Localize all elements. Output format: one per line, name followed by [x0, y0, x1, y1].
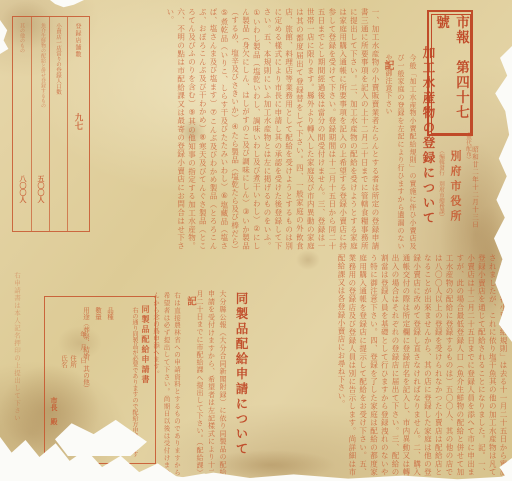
table-row1-value: 五〇〇人	[36, 175, 46, 223]
table-row2-value: 八〇〇人	[18, 175, 28, 223]
table-divider	[67, 17, 68, 231]
registration-table: 登録店舗數 九七 小賣店一店當りの登録人口數 魚介生鮮物の配給と併せ登録するもの…	[12, 16, 90, 232]
issue-date: 昭和廿二年十二月十三日	[471, 146, 480, 240]
masthead-inner-border: 市報 第四十七號	[431, 14, 471, 134]
article1-intro: 今般「加工水産物小賣配給規則」の實施に伴ひ小賣店及び一般家庭の登録を左記により行…	[393, 54, 419, 250]
form-date-line: 年 月 日	[79, 331, 88, 401]
bulletin-title: 市報 第四十七號	[431, 15, 471, 133]
form-statement: 右の通り同製品が必要でありますので配給方申請します	[122, 307, 138, 457]
article2-note: 右は直接農林省への申請資料とするものでありますから希望者は必ず提出して下さい。尚…	[157, 292, 182, 476]
article1-body-bottom: 「加工水産物小賣配給規則」は去る十一月二十五日から實施されましたが、これに依り塩…	[252, 254, 508, 476]
table-divider	[31, 17, 32, 231]
table-row1-label: 魚介生鮮物の配給と併せ登録するもの	[37, 23, 47, 151]
article1-headline: 加工水産物の登録について	[419, 46, 437, 232]
ki-label-1: 記	[380, 60, 395, 74]
table-col1-header: 登録店舗數	[73, 23, 82, 101]
form-name-label: 氏名	[60, 355, 69, 381]
article2-side-note: 右申請書は本人記名押印の上提出して下さい	[13, 272, 22, 464]
article2-intro: 大分縣公報（大分合同新聞附録）に依り同製品の配給申請を受付けますから、希望者は左…	[196, 290, 228, 476]
office-name: 別府市役所	[447, 150, 463, 238]
form-field-kind: 品種	[106, 307, 115, 347]
article1-body-top: 一、加工水産物の小賣販賣業者たらんとする者は所定の登録申請書三通に所要事項を記入…	[92, 8, 380, 250]
application-form: 同製品配給申請書 右の通り同製品が必要でありますので配給方申請します 品種 數量…	[44, 296, 156, 464]
article2-headline: 同製品配給申請について	[232, 292, 250, 464]
form-recipient: 市長 殿	[49, 397, 59, 453]
form-address-label: 住所	[69, 355, 78, 381]
table-col2-header: 小賣店一店當りの登録人口數	[54, 23, 62, 183]
scanned-bulletin-page: 市報 第四十七號 （無代配布） 昭和廿二年十二月十三日 別府市役所 （編輯發行 …	[0, 0, 512, 481]
form-field-quantity: 數量	[94, 307, 103, 347]
table-col1-value: 九七	[72, 113, 84, 143]
table-divider	[49, 17, 50, 231]
table-row2-label: 其の他のもの	[19, 23, 26, 113]
ki-label-2: 記	[183, 296, 197, 309]
form-title: 同製品配給申請書	[140, 305, 151, 417]
